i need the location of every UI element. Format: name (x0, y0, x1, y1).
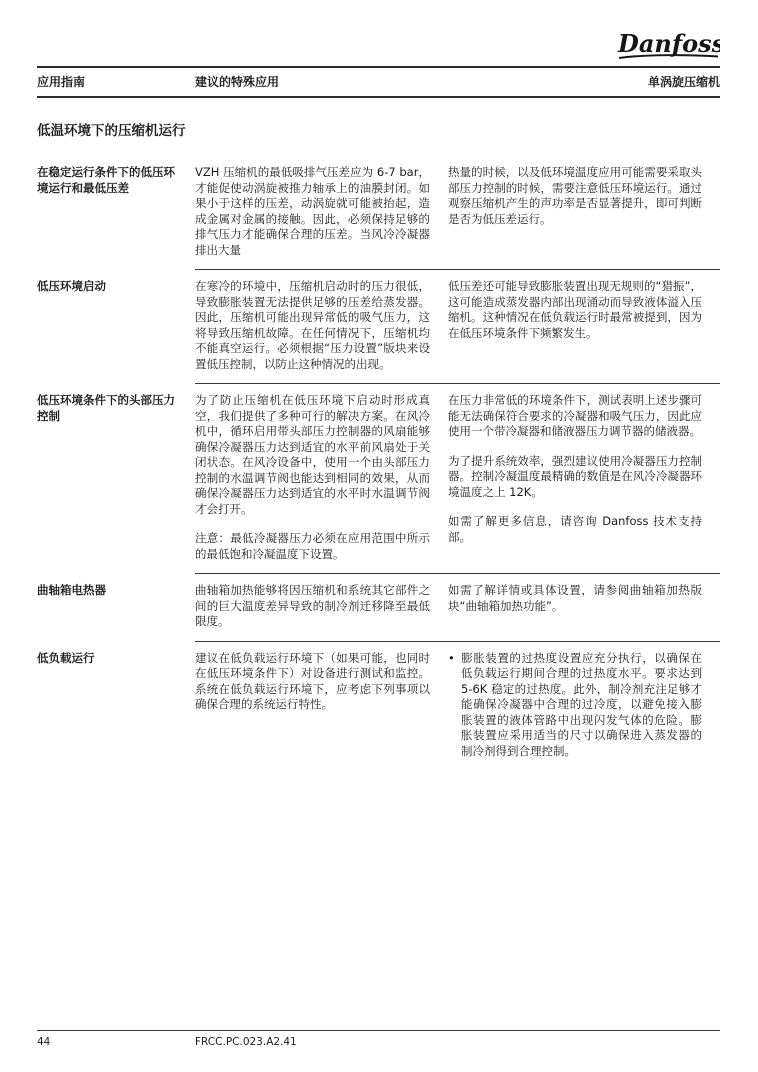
paragraph: 为了防止压缩机在低压环境下启动时形成真空，我们提供了多种可行的解决方案。在风冷机… (195, 393, 430, 517)
row-text-column-1: 为了防止压缩机在低压环境下启动时形成真空，我们提供了多种可行的解决方案。在风冷机… (195, 393, 430, 562)
row-label: 低负载运行 (37, 651, 195, 760)
paragraph-note: 注意：最低冷凝器压力必须在应用范围中所示的最低饱和冷凝温度下设置。 (195, 531, 430, 562)
page-footer: 44 FRCC.PC.023.A2.41 (37, 1030, 720, 1048)
page-header: 应用指南 建议的特殊应用 单涡旋压缩机 (37, 68, 720, 96)
paragraph: 如需了解详情或具体设置，请参阅曲轴箱加热版块“曲轴箱加热功能”。 (448, 583, 702, 614)
row-text-column-1: 建议在低负载运行环境下（如果可能，也同时在低压环境条件下）对设备进行测试和监控。… (195, 651, 430, 760)
section-title: 低温环境下的压缩机运行 (37, 119, 720, 139)
row-divider (195, 269, 720, 270)
bullet-paragraph: 膨胀装置的过热度设置应充分执行，以确保在低负载运行期间合理的过热度水平。要求达到… (448, 651, 702, 760)
document-id: FRCC.PC.023.A2.41 (195, 1036, 720, 1048)
header-bottom-rule (37, 96, 720, 98)
paragraph: 在压力非常低的环境条件下，测试表明上述步骤可能无法确保符合要求的冷凝器和吸气压力… (448, 393, 702, 440)
logo-row: Danfoss (37, 26, 720, 64)
row-label: 低压环境条件下的头部压力控制 (37, 393, 195, 562)
row-low-load-operation: 低负载运行 建议在低负载运行环境下（如果可能，也同时在低压环境条件下）对设备进行… (37, 651, 720, 760)
paragraph: 在寒冷的环境中，压缩机启动时的压力很低，导致膨胀装置无法提供足够的压差给蒸发器。… (195, 279, 430, 372)
row-text-column-1: 曲轴箱加热能够将因压缩机和系统其它部件之间的巨大温度差异导致的制冷剂迁移降至最低… (195, 583, 430, 630)
paragraph: 建议在低负载运行环境下（如果可能，也同时在低压环境条件下）对设备进行测试和监控。… (195, 651, 430, 713)
row-label: 曲轴箱电热器 (37, 583, 195, 630)
paragraph: 如需了解更多信息，请咨询 Danfoss 技术支持部。 (448, 514, 702, 545)
row-head-pressure-control: 低压环境条件下的头部压力控制 为了防止压缩机在低压环境下启动时形成真空，我们提供… (37, 393, 720, 562)
row-divider (195, 573, 720, 574)
row-crankcase-heater: 曲轴箱电热器 曲轴箱加热能够将因压缩机和系统其它部件之间的巨大温度差异导致的制冷… (37, 583, 720, 630)
header-center-label: 建议的特殊应用 (195, 73, 648, 90)
danfoss-logo-text: Danfoss (617, 29, 720, 58)
paragraph: VZH 压缩机的最低吸排气压差应为 6-7 bar，才能促使动涡旋被推力轴承上的… (195, 165, 430, 258)
row-text-column-2: 热量的时候，以及低环境温度应用可能需要采取头部压力控制的时候，需要注意低压环境运… (448, 165, 702, 258)
header-left-label: 应用指南 (37, 73, 195, 90)
row-text-column-2: 如需了解详情或具体设置，请参阅曲轴箱加热版块“曲轴箱加热功能”。 (448, 583, 702, 630)
document-page: Danfoss 应用指南 建议的特殊应用 单涡旋压缩机 低温环境下的压缩机运行 … (0, 0, 758, 1072)
row-divider (195, 383, 720, 384)
row-low-pressure-ambient-start: 低压环境启动 在寒冷的环境中，压缩机启动时的压力很低，导致膨胀装置无法提供足够的… (37, 279, 720, 372)
page-number: 44 (37, 1036, 195, 1048)
row-label: 低压环境启动 (37, 279, 195, 372)
row-divider (195, 641, 720, 642)
row-text-column-2: 低压差还可能导致膨胀装置出现无规则的“猎振”，这可能造成蒸发器内部出现涌动而导致… (448, 279, 702, 372)
paragraph: 热量的时候，以及低环境温度应用可能需要采取头部压力控制的时候，需要注意低压环境运… (448, 165, 702, 227)
row-label: 在稳定运行条件下的低压环境运行和最低压差 (37, 165, 195, 258)
footer-line: 44 FRCC.PC.023.A2.41 (37, 1031, 720, 1048)
row-stable-operation-min-pressure-differential: 在稳定运行条件下的低压环境运行和最低压差 VZH 压缩机的最低吸排气压差应为 6… (37, 165, 720, 258)
paragraph: 曲轴箱加热能够将因压缩机和系统其它部件之间的巨大温度差异导致的制冷剂迁移降至最低… (195, 583, 430, 630)
danfoss-logo: Danfoss (616, 28, 720, 64)
row-text-column-1: 在寒冷的环境中，压缩机启动时的压力很低，导致膨胀装置无法提供足够的压差给蒸发器。… (195, 279, 430, 372)
header-right-label: 单涡旋压缩机 (648, 73, 720, 90)
row-text-column-1: VZH 压缩机的最低吸排气压差应为 6-7 bar，才能促使动涡旋被推力轴承上的… (195, 165, 430, 258)
paragraph: 为了提升系统效率，强烈建议使用冷凝器压力控制器。控制冷凝温度最精确的数值是在风冷… (448, 454, 702, 501)
row-text-column-2: 膨胀装置的过热度设置应充分执行，以确保在低负载运行期间合理的过热度水平。要求达到… (448, 651, 702, 760)
paragraph: 低压差还可能导致膨胀装置出现无规则的“猎振”，这可能造成蒸发器内部出现涌动而导致… (448, 279, 702, 341)
row-text-column-2: 在压力非常低的环境条件下，测试表明上述步骤可能无法确保符合要求的冷凝器和吸气压力… (448, 393, 702, 562)
